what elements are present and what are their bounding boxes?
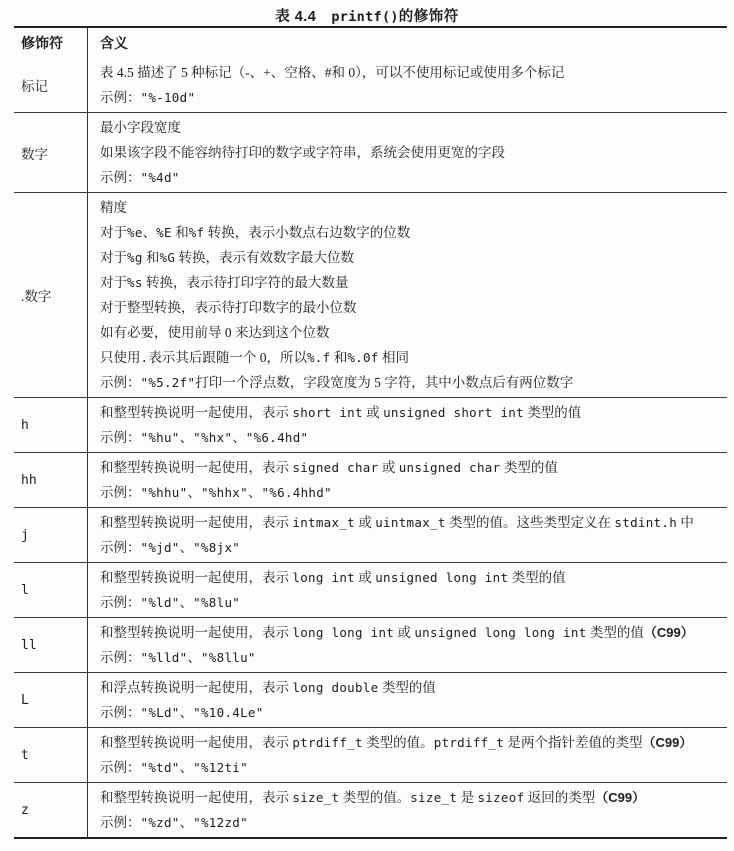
code-segment: "%td": [141, 760, 180, 775]
code-segment: %E: [156, 225, 172, 240]
code-segment: %.f: [307, 350, 330, 365]
text-segment: 示例：: [100, 430, 141, 445]
code-segment: "%jd": [141, 540, 180, 555]
bold-segment: （C99）: [644, 625, 694, 640]
code-segment: unsigned char: [399, 460, 501, 475]
code-segment: "%8llu": [201, 650, 256, 665]
code-segment: %e: [127, 225, 143, 240]
meaning-line: 和整型转换说明一起使用，表示 short int 或 unsigned shor…: [100, 400, 721, 425]
modifier-cell: z: [14, 783, 88, 837]
header-cell-modifier: 修饰符: [14, 28, 88, 58]
text-segment: 类型的值: [508, 570, 565, 585]
meaning-line: 示例："%zd"、"%12zd": [100, 810, 721, 835]
text-segment: 对于: [100, 250, 127, 265]
meaning-cell: 和整型转换说明一起使用，表示 signed char 或 unsigned ch…: [88, 453, 727, 507]
meaning-line: 对于%g 和%G 转换，表示有效数字最大位数: [100, 245, 721, 270]
text-segment: 示例：: [100, 595, 141, 610]
table-row: hh和整型转换说明一起使用，表示 signed char 或 unsigned …: [14, 452, 727, 507]
code-segment: signed char: [292, 460, 378, 475]
code-segment: "%6.4hd": [246, 430, 309, 445]
modifier-cell: h: [14, 398, 88, 452]
table-row: t和整型转换说明一起使用，表示 ptrdiff_t 类型的值。ptrdiff_t…: [14, 727, 727, 782]
meaning-line: 和整型转换说明一起使用，表示 long int 或 unsigned long …: [100, 565, 721, 590]
text-segment: 、: [180, 430, 194, 445]
header-cell-meaning: 含义: [88, 28, 727, 58]
text-segment: 和整型转换说明一起使用，表示: [100, 570, 292, 585]
text-segment: 或: [355, 515, 375, 530]
code-segment: "%8lu": [193, 595, 240, 610]
modifier-cell: 数字: [14, 113, 88, 192]
text-segment: 或: [363, 405, 383, 420]
meaning-line: 最小字段宽度: [100, 115, 721, 140]
text-segment: 类型的值。: [339, 790, 410, 805]
text-segment: 示例：: [100, 705, 141, 720]
text-segment: 精度: [100, 200, 127, 215]
text-segment: 类型的值。这些类型定义在: [446, 515, 615, 530]
text-segment: 、: [187, 485, 201, 500]
meaning-cell: 和浮点转换说明一起使用，表示 long double 类型的值示例："%Ld"、…: [88, 673, 727, 727]
code-segment: sizeof: [477, 790, 524, 805]
printf-modifiers-table: 修饰符 含义 标记表 4.5 描述了 5 种标记（-、+、空格、#和 0），可以…: [14, 26, 727, 839]
meaning-line: 示例："%hu"、"%hx"、"%6.4hd": [100, 425, 721, 450]
text-segment: 、: [187, 650, 201, 665]
meaning-line: 只使用.表示其后跟随一个 0，所以%.f 和%.0f 相同: [100, 345, 721, 370]
meaning-line: 对于%e、%E 和%f 转换，表示小数点右边数字的位数: [100, 220, 721, 245]
code-segment: printf(): [331, 9, 398, 25]
meaning-cell: 和整型转换说明一起使用，表示 ptrdiff_t 类型的值。ptrdiff_t …: [88, 728, 727, 782]
code-segment: "%4d": [141, 170, 180, 185]
code-segment: "%hx": [193, 430, 232, 445]
code-segment: "%-10d": [141, 90, 196, 105]
code-segment: unsigned short int: [383, 405, 524, 420]
text-segment: 和整型转换说明一起使用，表示: [100, 515, 292, 530]
code-segment: uintmax_t: [375, 515, 445, 530]
modifier-cell: t: [14, 728, 88, 782]
text-segment: 表示其后跟随一个 0，所以: [148, 350, 307, 365]
code-segment: "%6.4hhd": [261, 485, 331, 500]
code-segment: long long int: [292, 625, 394, 640]
text-segment: 或: [378, 460, 398, 475]
code-segment: "%ld": [141, 595, 180, 610]
code-segment: %.0f: [347, 350, 378, 365]
text-segment: 、: [180, 540, 194, 555]
meaning-line: 示例："%ld"、"%8lu": [100, 590, 721, 615]
code-segment: unsigned long int: [375, 570, 508, 585]
text-segment: 示例：: [100, 485, 141, 500]
scanned-book-page: 表 4.4 printf()的修饰符 修饰符 含义 标记表 4.5 描述了 5 …: [0, 0, 734, 851]
meaning-cell: 精度对于%e、%E 和%f 转换，表示小数点右边数字的位数对于%g 和%G 转换…: [88, 193, 727, 397]
text-segment: 示例：: [100, 815, 141, 830]
meaning-line: 对于整型转换，表示待打印数字的最小位数: [100, 295, 721, 320]
meaning-line: 如有必要，使用前导 0 来达到这个位数: [100, 320, 721, 345]
table-header-row: 修饰符 含义: [14, 28, 727, 58]
code-segment: "%10.4Le": [193, 705, 263, 720]
text-segment: 转换，表示小数点右边数字的位数: [204, 225, 410, 240]
code-segment: "%Ld": [141, 705, 180, 720]
meaning-line: 示例："%-10d": [100, 85, 721, 110]
text-segment: 或: [394, 625, 414, 640]
table-row: 数字最小字段宽度如果该字段不能容纳待打印的数字或字符串，系统会使用更宽的字段示例…: [14, 112, 727, 192]
text-segment: 、: [248, 485, 262, 500]
code-segment: stdint.h: [614, 515, 677, 530]
text-segment: 如果该字段不能容纳待打印的数字或字符串，系统会使用更宽的字段: [100, 145, 505, 160]
meaning-line: 精度: [100, 195, 721, 220]
text-segment: 转换，表示有效数字最大位数: [175, 250, 354, 265]
text-segment: 类型的值: [587, 625, 644, 640]
text-segment: 只使用: [100, 350, 141, 365]
text-segment: 、: [143, 225, 157, 240]
meaning-line: 和整型转换说明一起使用，表示 long long int 或 unsigned …: [100, 620, 721, 645]
text-segment: 打印一个浮点数，字段宽度为 5 字符，其中小数点后有两位数字: [195, 375, 573, 390]
modifier-cell: j: [14, 508, 88, 562]
code-segment: "%8jx": [193, 540, 240, 555]
table-row: .数字精度对于%e、%E 和%f 转换，表示小数点右边数字的位数对于%g 和%G…: [14, 192, 727, 397]
code-segment: short int: [292, 405, 362, 420]
meaning-cell: 表 4.5 描述了 5 种标记（-、+、空格、#和 0），可以不使用标记或使用多…: [88, 58, 727, 112]
text-segment: 类型的值: [378, 680, 435, 695]
meaning-line: 和整型转换说明一起使用，表示 size_t 类型的值。size_t 是 size…: [100, 785, 721, 810]
text-segment: 、: [180, 815, 194, 830]
code-segment: unsigned long long int: [414, 625, 586, 640]
code-segment: intmax_t: [292, 515, 355, 530]
code-segment: "%zd": [141, 815, 180, 830]
code-segment: "%hhu": [141, 485, 188, 500]
text-segment: 最小字段宽度: [100, 120, 181, 135]
text-segment: 如有必要，使用前导 0 来达到这个位数: [100, 325, 330, 340]
text-segment: 和整型转换说明一起使用，表示: [100, 460, 292, 475]
meaning-cell: 和整型转换说明一起使用，表示 short int 或 unsigned shor…: [88, 398, 727, 452]
text-segment: 示例：: [100, 375, 141, 390]
text-segment: 和整型转换说明一起使用，表示: [100, 625, 292, 640]
meaning-cell: 和整型转换说明一起使用，表示 size_t 类型的值。size_t 是 size…: [88, 783, 727, 837]
text-segment: 、: [232, 430, 246, 445]
modifier-cell: L: [14, 673, 88, 727]
text-segment: 、: [180, 595, 194, 610]
text-segment: 示例：: [100, 650, 141, 665]
text-segment: 对于: [100, 225, 127, 240]
meaning-line: 表 4.5 描述了 5 种标记（-、+、空格、#和 0），可以不使用标记或使用多…: [100, 60, 721, 85]
text-segment: 和整型转换说明一起使用，表示: [100, 735, 292, 750]
page-title: 表 4.4 printf()的修饰符: [0, 0, 734, 24]
text-segment: 对于整型转换，表示待打印数字的最小位数: [100, 300, 357, 315]
code-segment: "%12ti": [193, 760, 248, 775]
code-segment: size_t: [292, 790, 339, 805]
meaning-cell: 和整型转换说明一起使用，表示 long long int 或 unsigned …: [88, 618, 727, 672]
modifier-cell: hh: [14, 453, 88, 507]
text-segment: 转换，表示待打印字符的最大数量: [143, 275, 349, 290]
text-segment: 或: [355, 570, 375, 585]
code-segment: "%hhx": [201, 485, 248, 500]
table-row: l和整型转换说明一起使用，表示 long int 或 unsigned long…: [14, 562, 727, 617]
text-segment: 和: [172, 225, 189, 240]
table-body: 标记表 4.5 描述了 5 种标记（-、+、空格、#和 0），可以不使用标记或使…: [14, 58, 727, 837]
meaning-line: 示例："%jd"、"%8jx": [100, 535, 721, 560]
code-segment: %s: [127, 275, 143, 290]
text-segment: 示例：: [100, 90, 141, 105]
text-segment: 示例：: [100, 540, 141, 555]
meaning-line: 和整型转换说明一起使用，表示 ptrdiff_t 类型的值。ptrdiff_t …: [100, 730, 721, 755]
text-segment: 示例：: [100, 760, 141, 775]
code-segment: %f: [189, 225, 205, 240]
meaning-line: 和整型转换说明一起使用，表示 intmax_t 或 uintmax_t 类型的值…: [100, 510, 721, 535]
meaning-line: 示例："%Ld"、"%10.4Le": [100, 700, 721, 725]
meaning-line: 示例："%hhu"、"%hhx"、"%6.4hhd": [100, 480, 721, 505]
text-segment: 类型的值: [524, 405, 581, 420]
modifier-cell: .数字: [14, 193, 88, 397]
text-segment: 返回的类型: [524, 790, 595, 805]
table-row: h和整型转换说明一起使用，表示 short int 或 unsigned sho…: [14, 397, 727, 452]
meaning-line: 如果该字段不能容纳待打印的数字或字符串，系统会使用更宽的字段: [100, 140, 721, 165]
modifier-cell: l: [14, 563, 88, 617]
meaning-cell: 和整型转换说明一起使用，表示 long int 或 unsigned long …: [88, 563, 727, 617]
code-segment: "%lld": [141, 650, 188, 665]
text-segment: 和整型转换说明一起使用，表示: [100, 790, 292, 805]
text-segment: 类型的值。: [363, 735, 434, 750]
code-segment: "%5.2f": [141, 375, 196, 390]
meaning-line: 和浮点转换说明一起使用，表示 long double 类型的值: [100, 675, 721, 700]
text-segment: 表 4.4: [275, 9, 331, 25]
text-segment: 对于: [100, 275, 127, 290]
bold-segment: （C99）: [595, 790, 645, 805]
code-segment: long int: [292, 570, 355, 585]
meaning-cell: 最小字段宽度如果该字段不能容纳待打印的数字或字符串，系统会使用更宽的字段示例："…: [88, 113, 727, 192]
meaning-line: 和整型转换说明一起使用，表示 signed char 或 unsigned ch…: [100, 455, 721, 480]
text-segment: 和浮点转换说明一起使用，表示: [100, 680, 292, 695]
table-row: L和浮点转换说明一起使用，表示 long double 类型的值示例："%Ld"…: [14, 672, 727, 727]
text-segment: 表 4.5 描述了 5 种标记（-、+、空格、#和 0），可以不使用标记或使用多…: [100, 65, 564, 80]
text-segment: 是两个指针差值的类型: [504, 735, 642, 750]
meaning-line: 示例："%lld"、"%8llu": [100, 645, 721, 670]
meaning-line: 示例："%5.2f"打印一个浮点数，字段宽度为 5 字符，其中小数点后有两位数字: [100, 370, 721, 395]
table-row: j和整型转换说明一起使用，表示 intmax_t 或 uintmax_t 类型的…: [14, 507, 727, 562]
code-segment: %g: [127, 250, 143, 265]
text-segment: 、: [180, 705, 194, 720]
code-segment: ptrdiff_t: [434, 735, 504, 750]
modifier-cell: 标记: [14, 58, 88, 112]
meaning-line: 示例："%td"、"%12ti": [100, 755, 721, 780]
text-segment: 、: [180, 760, 194, 775]
code-segment: %G: [160, 250, 176, 265]
code-segment: "%hu": [141, 430, 180, 445]
table-row: z和整型转换说明一起使用，表示 size_t 类型的值。size_t 是 siz…: [14, 782, 727, 837]
text-segment: 和整型转换说明一起使用，表示: [100, 405, 292, 420]
text-segment: 和: [330, 350, 347, 365]
text-segment: 和: [143, 250, 160, 265]
code-segment: "%12zd": [193, 815, 248, 830]
code-segment: size_t: [410, 790, 457, 805]
table-row: 标记表 4.5 描述了 5 种标记（-、+、空格、#和 0），可以不使用标记或使…: [14, 58, 727, 112]
meaning-line: 示例："%4d": [100, 165, 721, 190]
meaning-line: 对于%s 转换，表示待打印字符的最大数量: [100, 270, 721, 295]
text-segment: 类型的值: [500, 460, 557, 475]
text-segment: 相同: [379, 350, 409, 365]
table-row: ll和整型转换说明一起使用，表示 long long int 或 unsigne…: [14, 617, 727, 672]
bold-segment: （C99）: [643, 735, 693, 750]
meaning-cell: 和整型转换说明一起使用，表示 intmax_t 或 uintmax_t 类型的值…: [88, 508, 727, 562]
code-segment: ptrdiff_t: [292, 735, 362, 750]
text-segment: 是: [457, 790, 477, 805]
text-segment: 示例：: [100, 170, 141, 185]
text-segment: 中: [677, 515, 694, 530]
modifier-cell: ll: [14, 618, 88, 672]
text-segment: 的修饰符: [399, 9, 459, 25]
code-segment: long double: [292, 680, 378, 695]
